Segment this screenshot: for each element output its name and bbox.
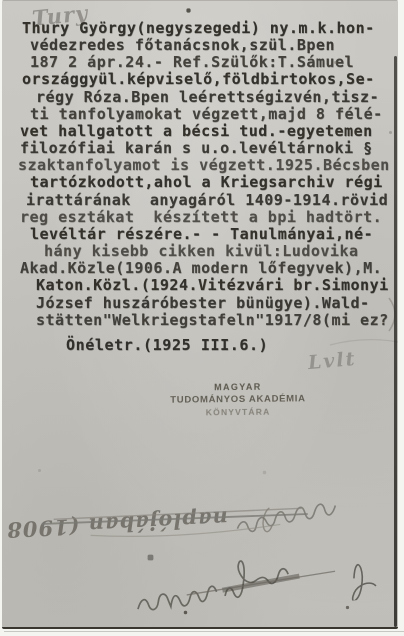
stamp-line: MAGYAR (150, 381, 326, 393)
typed-line: filozófiai karán s u.o.levéltárnoki § (20, 140, 398, 157)
pencil-shelf-note: Lvlt (307, 348, 357, 374)
scanned-archive-card-page: { "card": { "pencil_title": "Tury", "lin… (0, 0, 404, 636)
typed-line: reg esztákat készített a bpi hadtört. (20, 209, 398, 226)
typed-line: szaktanfolyamot is végzett.1925.Bécsben (18, 157, 398, 174)
typed-line: Akad.Közle(1906.A modern lőfegyvek),M. (20, 260, 398, 277)
stamp-line: KÖNYVTÁRA (150, 406, 326, 418)
handwritten-scribble-2 (126, 544, 398, 624)
typed-line: országgyül.képviselő,földbirtokos,Se- (22, 71, 398, 88)
typewritten-text-block: Thury György(negyszegedi) ny.m.k.hon- vé… (2, 20, 398, 329)
typed-line: hány kisebb cikken kivül:Ludovika (44, 243, 398, 260)
upside-down-pencil-note: naplójában (1908 (5, 487, 343, 557)
handwriting-scribble (233, 491, 343, 541)
typed-line: Katon.Közl.(1924.Vitézvári br.Simonyi (36, 277, 398, 294)
typed-line: tartózkodott,ahol a Kriegsarchiv régi (30, 174, 398, 191)
library-stamp: MAGYAR TUDOMÁNYOS AKADÉMIA KÖNYVTÁRA (150, 381, 326, 418)
card-right-edge (394, 56, 397, 627)
typed-line: vet hallgatott a bécsi tud.-egyetemen (20, 123, 398, 140)
stamp-line: TUDOMÁNYOS AKADÉMIA (150, 393, 326, 406)
pencil-faint-curve (328, 334, 398, 350)
typed-line: levéltár részére.- - Tanulmányai,né- (30, 226, 398, 243)
typed-line: régy Róza.Bpen leérettségizvén,tisz- (36, 89, 398, 106)
typed-line: Thury György(negyszegedi) ny.m.k.hon- (22, 20, 398, 37)
typed-line: irattárának anyagáról 1409-1914.rövid (26, 192, 398, 209)
archive-index-card: Tury Thury György(negyszegedi) ny.m.k.ho… (2, 0, 398, 629)
typed-line: 187 2 ápr.24.- Ref.Szülők:T.Sámuel (30, 54, 398, 71)
typed-line: József huszáróbester bünügye).Wald- (36, 295, 398, 312)
scan-shadow-line (4, 631, 404, 632)
typed-line: ti tanfolyamokat végzett,majd 8 félé- (30, 106, 398, 123)
reversed-note-text: naplójában (1908 (6, 507, 229, 544)
paper-specks (2, 0, 3, 1)
typed-line: védezredes főtanácsnok,szül.Bpen (30, 37, 398, 54)
typed-line: stätten"Welkriegstafeln"1917/8(mi ez? (36, 312, 398, 329)
card-top-edge (2, 0, 398, 1)
autobiography-date-line: Önéletr.(1925 III.6.) (66, 336, 268, 354)
